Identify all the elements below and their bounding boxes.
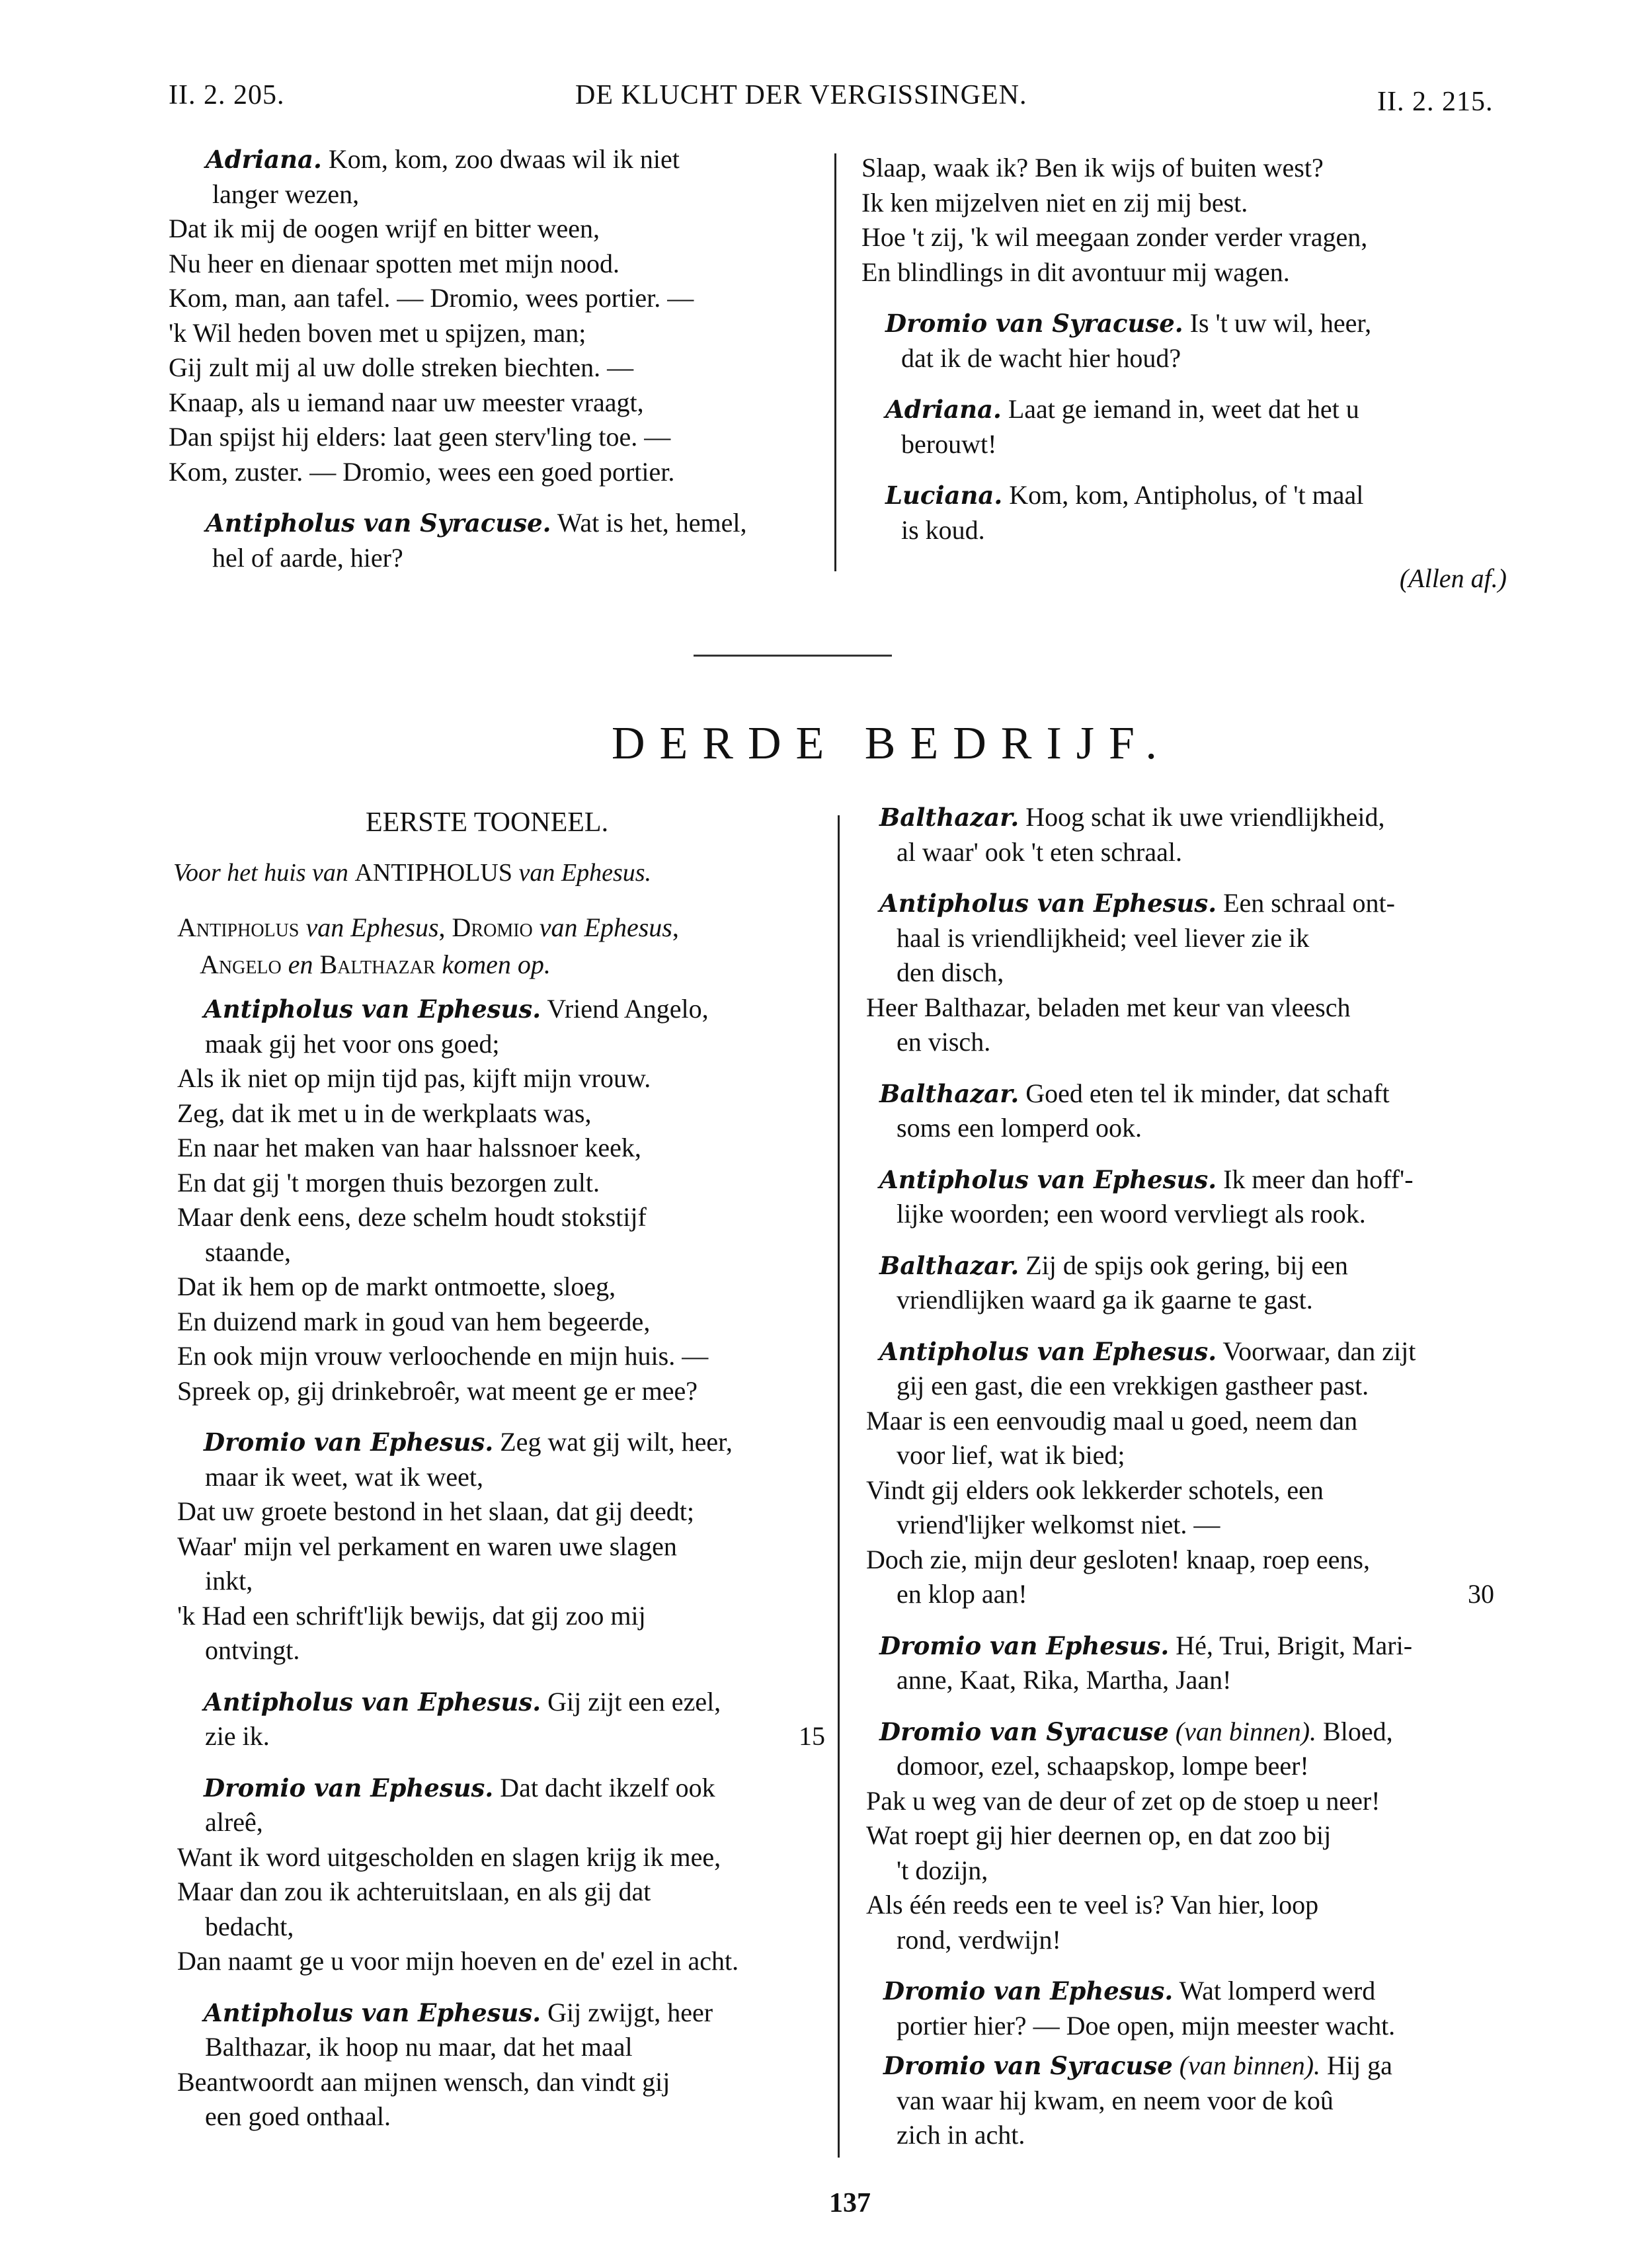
speech-antipholus-ephesus-5: Antipholus van Ephesus. Ik meer dan hoff… [852, 1162, 1506, 1232]
scene-title: EERSTE TOONEEL. [366, 807, 608, 838]
section-divider-rule [694, 655, 892, 657]
line-number: 30 [1468, 1577, 1494, 1612]
line-number: 15 [799, 1719, 825, 1754]
speech-balthazar-3: Balthazar. Zij de spijs ook gering, bij … [852, 1248, 1506, 1318]
speech-dromio-ephesus-4: Dromio van Ephesus. Wat lomperd werd por… [852, 1974, 1506, 2043]
speaker-name: Antipholus van Ephesus. [879, 889, 1217, 918]
bottom-right-column: Balthazar. Hoog schat ik uwe vriendlijkh… [852, 800, 1506, 2169]
speech-dromio-ephesus-1: Dromio van Ephesus. Zeg wat gij wilt, he… [177, 1425, 825, 1668]
speech-dromio-syracuse: Dromio van Syracuse. Is 't uw wil, heer,… [861, 306, 1523, 376]
speech-antipholus-syracuse: Antipholus van Syracuse. Wat is het, hem… [169, 506, 823, 575]
speech-dromio-ephesus-3: Dromio van Ephesus. Hé, Trui, Brigit, Ma… [852, 1629, 1506, 1698]
scene-setting: Voor het huis van ANTIPHOLUS van Ephesus… [173, 858, 651, 887]
speech-antipholus-ephesus-4: Antipholus van Ephesus. Een schraal ont-… [852, 886, 1506, 1060]
speaker-name: Antipholus van Ephesus. [204, 1687, 541, 1717]
column-divider-top [834, 153, 836, 571]
running-header-right-ref: II. 2. 215. [1377, 86, 1493, 118]
speech-antipholus-ephesus-2: Antipholus van Ephesus. Gij zijt een eze… [177, 1685, 825, 1754]
speaker-name: Balthazar. [879, 1251, 1019, 1280]
speaker-name: Dromio van Ephesus. [883, 1976, 1173, 2005]
speech-antipholus-ephesus-6: Antipholus van Ephesus. Voorwaar, dan zi… [852, 1334, 1506, 1612]
speaker-name: Antipholus van Ephesus. [204, 1998, 541, 2027]
column-divider-bottom [838, 815, 840, 2158]
verse-continuation: Slaap, waak ik? Ben ik wijs of buiten we… [861, 151, 1523, 290]
act-title: DERDE BEDRIJF. [612, 717, 1172, 770]
speech-adriana: Adriana. Kom, kom, zoo dwaas wil ik niet… [169, 142, 823, 489]
speaker-name: Dromio van Syracuse [883, 2051, 1173, 2080]
speech-dromio-syracuse-3: Dromio van Syracuse (van binnen). Hij ga… [852, 2048, 1506, 2153]
top-left-column: Adriana. Kom, kom, zoo dwaas wil ik niet… [169, 142, 823, 592]
speaker-name: Antipholus van Ephesus. [204, 994, 541, 1024]
speaker-name: Antipholus van Syracuse. [206, 508, 551, 538]
speech-antipholus-ephesus-3: Antipholus van Ephesus. Gij zwijgt, heer… [177, 1996, 825, 2134]
speech-balthazar-2: Balthazar. Goed eten tel ik minder, dat … [852, 1076, 1506, 1146]
page-number: 137 [829, 2187, 871, 2219]
speaker-name: Dromio van Ephesus. [204, 1428, 493, 1457]
speaker-name: Antipholus van Ephesus. [879, 1165, 1217, 1194]
speaker-name: Dromio van Ephesus. [879, 1631, 1169, 1660]
speaker-name: Dromio van Ephesus. [204, 1773, 493, 1802]
aside: (van binnen). [1176, 1717, 1316, 1746]
running-header-title: DE KLUCHT DER VERGISSINGEN. [575, 79, 1027, 111]
speaker-name: Dromio van Syracuse. [885, 309, 1183, 338]
aside: (van binnen). [1179, 2050, 1320, 2080]
stage-direction: (Allen af.) [861, 561, 1523, 596]
scene-entrance-direction: Antipholus van Ephesus, Dromio van Ephes… [177, 909, 679, 983]
speaker-name: Luciana. [885, 481, 1002, 510]
bottom-left-column: Antipholus van Ephesus. Vriend Angelo, m… [177, 992, 825, 2151]
top-right-column: Slaap, waak ik? Ben ik wijs of buiten we… [861, 151, 1523, 596]
speech-dromio-ephesus-2: Dromio van Ephesus. Dat dacht ikzelf ook… [177, 1771, 825, 1979]
speaker-name: Balthazar. [879, 803, 1019, 832]
speaker-name: Dromio van Syracuse [879, 1717, 1169, 1746]
speaker-name: Adriana. [206, 145, 322, 174]
speaker-name: Balthazar. [879, 1079, 1019, 1108]
speech-antipholus-ephesus-1: Antipholus van Ephesus. Vriend Angelo, m… [177, 992, 825, 1408]
running-header-left-ref: II. 2. 205. [169, 79, 284, 111]
speech-adriana-2: Adriana. Laat ge iemand in, weet dat het… [861, 392, 1523, 462]
speaker-name: Adriana. [885, 395, 1002, 424]
speech-luciana: Luciana. Kom, kom, Antipholus, of 't maa… [861, 478, 1523, 547]
speech-balthazar-1: Balthazar. Hoog schat ik uwe vriendlijkh… [852, 800, 1506, 870]
speech-dromio-syracuse-2: Dromio van Syracuse (van binnen). Bloed,… [852, 1715, 1506, 1958]
speaker-name: Antipholus van Ephesus. [879, 1337, 1217, 1366]
